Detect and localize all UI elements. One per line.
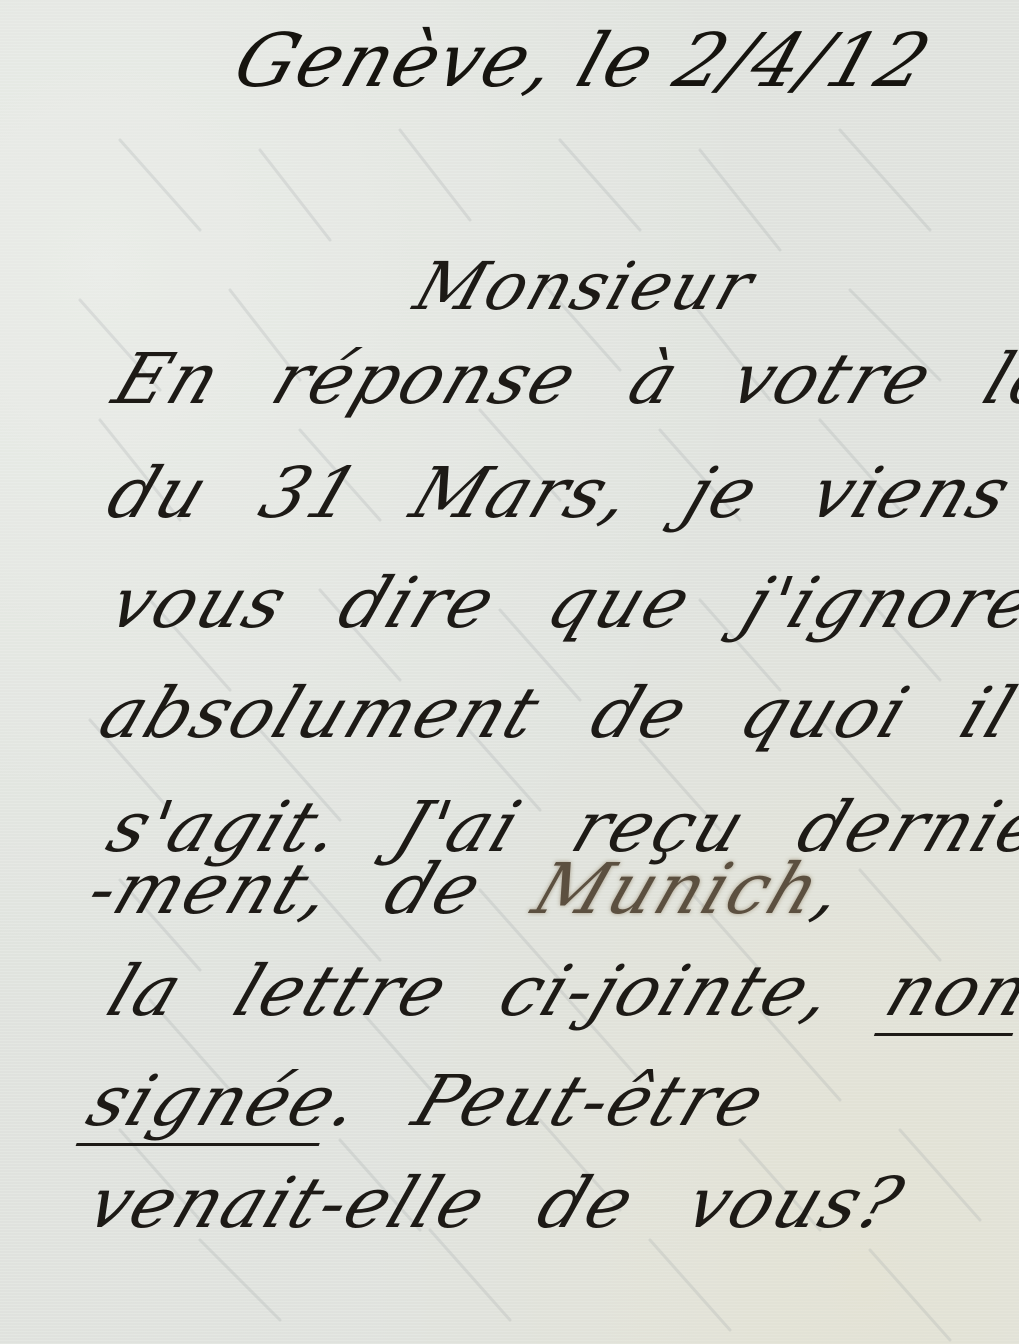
body-line-7: la lettre ci-jointe, non [97, 950, 1019, 1032]
body-line-9: venait-elle de vous? [77, 1162, 915, 1244]
body-line-8-end: . Peut-être [320, 1060, 777, 1142]
salutation: Monsieur [405, 248, 764, 325]
letter-paper: Genève, le 2/4/12 Monsieur En réponse à … [0, 0, 1019, 1344]
body-line-2: du 31 Mars, je viens [97, 452, 1019, 534]
body-line-4: absolument de quoi il [89, 672, 1019, 754]
body-line-3: vous dire que j'ignore [99, 562, 1019, 644]
place-date-header: Genève, le 2/4/12 [224, 18, 942, 104]
body-line-7-start: la lettre ci-jointe, [97, 950, 905, 1032]
underlined-word-signee: signée [77, 1060, 350, 1142]
smudged-word-munich: Munich [523, 848, 833, 930]
body-line-6-start: -ment, de [77, 848, 553, 930]
body-line-1: En réponse à votre lettre [103, 338, 1019, 420]
body-line-8: signée. Peut-être [77, 1060, 777, 1142]
body-line-6: -ment, de Munich, [77, 848, 857, 930]
